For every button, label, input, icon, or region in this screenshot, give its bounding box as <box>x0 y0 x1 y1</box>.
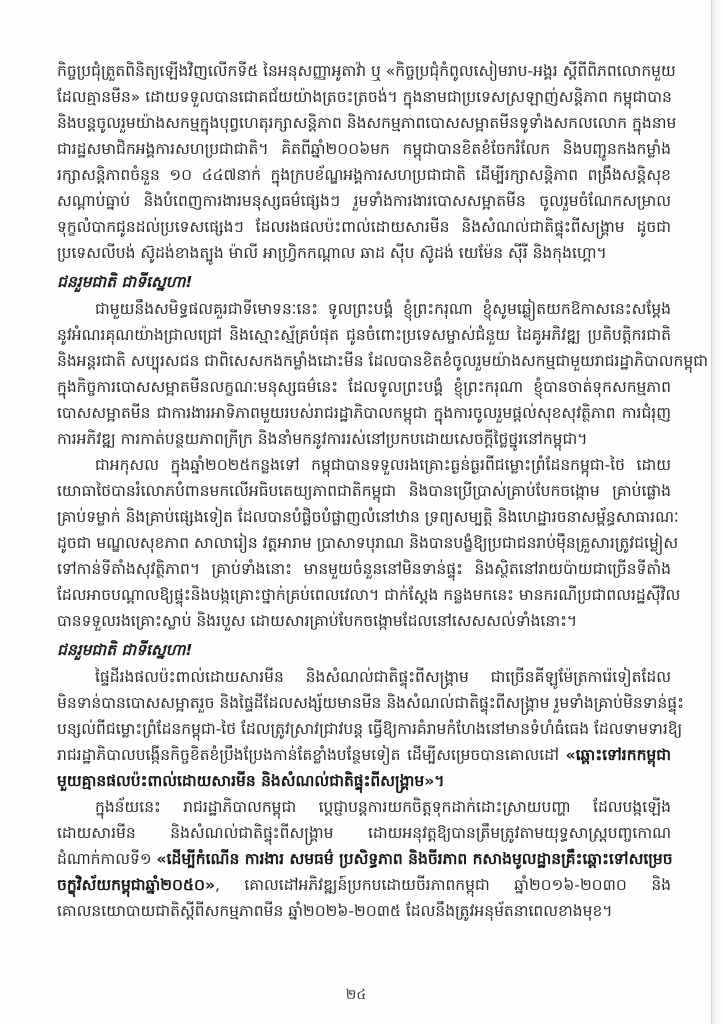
text-run: រាជរដ្ឋាភិបាលបង្កើនកិច្ចខិតខំប្រឹងប្រែងក… <box>57 746 566 764</box>
text-line: និងបន្តចូលរួមយ៉ាងសកម្មក្នុងបុព្វហេតុរក្ស… <box>57 110 671 136</box>
paragraph-intro: កិច្ចប្រជុំត្រួតពិនិត្យឡើងវិញលើកទី៥ នៃអន… <box>57 58 671 266</box>
text-line: ក្នុងកិច្ចការបោសសម្អាតមីនលក្ខណៈមនុស្សធម៌… <box>57 374 671 400</box>
text-line: ទៅកាន់ទីតាំងសុវត្ថិភាព។ គ្រាប់ទាំងនោះ មា… <box>57 556 671 582</box>
text-line: ដែលគ្មានមីន» ដោយទទួលបានជោគជ័យយ៉ាងត្រចះត្… <box>57 84 671 110</box>
text-run: ដំណាក់កាលទី១ <box>57 850 157 868</box>
text-line: បានទទួលរងគ្រោះស្លាប់ និងរបួស ដោយសារគ្រាប… <box>57 608 671 634</box>
text-line: មួយគ្មានផលប៉ះពាល់ដោយសារមីន និងសំណល់ជាតិផ… <box>57 768 671 794</box>
text-line: ជាអកុសល ក្នុងឆ្នាំ២០២៥កន្លងទៅ កម្ពុជាបាន… <box>57 452 671 478</box>
text-line: ដែលអាចបណ្តាលឱ្យផ្ទុះនិងបង្កគ្រោះថ្នាក់គ្… <box>57 582 671 608</box>
page-number: ២៤ <box>0 985 712 1006</box>
section-heading: ជនរួមជាតិ ជាទីស្នេហា! <box>57 268 671 296</box>
strategy-quote-bold: «ដើម្បីកំណើន ការងារ សមធម៌ ប្រសិទ្ធភាព និ… <box>157 850 673 868</box>
text-line: និងអន្តរជាតិ សប្បុរសជន ជាពិសេសកងកម្លាំងដ… <box>57 348 671 374</box>
text-line: ជាមួយនឹងសមិទ្ធផលគួរជាទីមោទនៈនេះ ទូលព្រះប… <box>57 296 671 322</box>
goal-quote-bold: «ឆ្ពោះទៅរកកម្ពុជា <box>566 746 671 764</box>
text-line: ផ្ទៃដីរងផលប៉ះពាល់ដោយសារមីន និងសំណល់ជាតិផ… <box>57 664 671 690</box>
paragraph-contaminated-land: ផ្ទៃដីរងផលប៉ះពាល់ដោយសារមីន និងសំណល់ជាតិផ… <box>57 664 671 794</box>
text-line: បោសសម្អាតមីន ជាការងារអាទិភាពមួយរបស់រាជរដ… <box>57 400 671 426</box>
text-line: ដំណាក់កាលទី១ «ដើម្បីកំណើន ការងារ សមធម៌ ប… <box>57 846 671 872</box>
text-line: រក្សាសន្តិភាពចំនួន ១០ ៤៤៧នាក់ ក្នុងក្របខ… <box>57 162 671 188</box>
text-line: ការអភិវឌ្ឍ ការកាត់បន្ថយភាពក្រីក្រ និងនាំ… <box>57 426 671 452</box>
text-line: ចក្ខុវិស័យកម្ពុជាឆ្នាំ២០៥០», គោលដៅអភិវឌ្… <box>57 872 671 898</box>
document-page: កិច្ចប្រជុំត្រួតពិនិត្យឡើងវិញលើកទី៥ នៃអន… <box>0 0 712 1024</box>
text-run: , គោលដៅអភិវឌ្ឍន៍ប្រកបដោយចីរភាពកម្ពុជា ឆ្… <box>215 876 671 894</box>
paragraph-border-conflict: ជាអកុសល ក្នុងឆ្នាំ២០២៥កន្លងទៅ កម្ពុជាបាន… <box>57 452 671 634</box>
goal-quote-bold: ផលប៉ះពាល់ដោយសារមីន និងសំណល់ជាតិផ្ទុះពីសង… <box>106 772 444 790</box>
text-line: ក្នុងន័យនេះ រាជរដ្ឋាភិបាលកម្ពុជា ប្តេជ្ញ… <box>57 794 671 820</box>
text-line: សណ្តាប់ធ្នាប់ និងបំពេញការងារមនុស្សធម៌ផ្ស… <box>57 188 671 214</box>
text-line: គោលនយោបាយជាតិស្តីពីសកម្មភាពមីន ឆ្នាំ២០២៦… <box>57 898 671 924</box>
goal-quote-bold: មួយគ្មាន <box>57 772 106 790</box>
page-body: កិច្ចប្រជុំត្រួតពិនិត្យឡើងវិញលើកទី៥ នៃអន… <box>57 58 671 924</box>
text-line: ជារដ្ឋសមាជិកអង្គការសហប្រជាជាតិ។ គិតពីឆ្ន… <box>57 136 671 162</box>
text-line: គ្រាប់ទម្លាក់ និងគ្រាប់ផ្សេងទៀត ដែលបានបំ… <box>57 504 671 530</box>
paragraph-commitment: ក្នុងន័យនេះ រាជរដ្ឋាភិបាលកម្ពុជា ប្តេជ្ញ… <box>57 794 671 924</box>
text-line: ទុក្ខលំបាកជូនដល់ប្រទេសផ្សេងៗ ដែលរងផលប៉ះព… <box>57 214 671 240</box>
section-heading: ជនរួមជាតិ ជាទីស្នេហា! <box>57 636 671 664</box>
text-line: មិនទាន់បានបោសសម្អាតរួច និងផ្ទៃដីដែលសង្ស័… <box>57 690 671 716</box>
text-line: រាជរដ្ឋាភិបាលបង្កើនកិច្ចខិតខំប្រឹងប្រែងក… <box>57 742 671 768</box>
text-line: បន្សល់ពីជម្លោះព្រំដែនកម្ពុជា-ថៃ ដែលត្រូវ… <box>57 716 671 742</box>
text-line: ដូចជា មណ្ឌលសុខភាព សាលារៀន វត្តអារាម ប្រា… <box>57 530 671 556</box>
text-line: ដោយសារមីន និងសំណល់ជាតិផ្ទុះពីសង្គ្រាម ដោ… <box>57 820 671 846</box>
paragraph-gratitude: ជាមួយនឹងសមិទ្ធផលគួរជាទីមោទនៈនេះ ទូលព្រះប… <box>57 296 671 452</box>
text-line: ប្រទេសលីបង់ ស៊ូដង់ខាងត្បូង ម៉ាលី អាហ្វ្រ… <box>57 240 671 266</box>
text-line: យោធាថៃបានរំលោភបំពានមកលើអធិបតេយ្យភាពជាតិក… <box>57 478 671 504</box>
page-edge-shadow <box>711 0 723 1024</box>
strategy-quote-bold: ចក្ខុវិស័យកម្ពុជាឆ្នាំ២០៥០» <box>57 876 215 894</box>
text-line: នូវអំណរគុណយ៉ាងជ្រាលជ្រៅ និងស្មោះស្ម័គ្រប… <box>57 322 671 348</box>
text-line: កិច្ចប្រជុំត្រួតពិនិត្យឡើងវិញលើកទី៥ នៃអន… <box>57 58 671 84</box>
